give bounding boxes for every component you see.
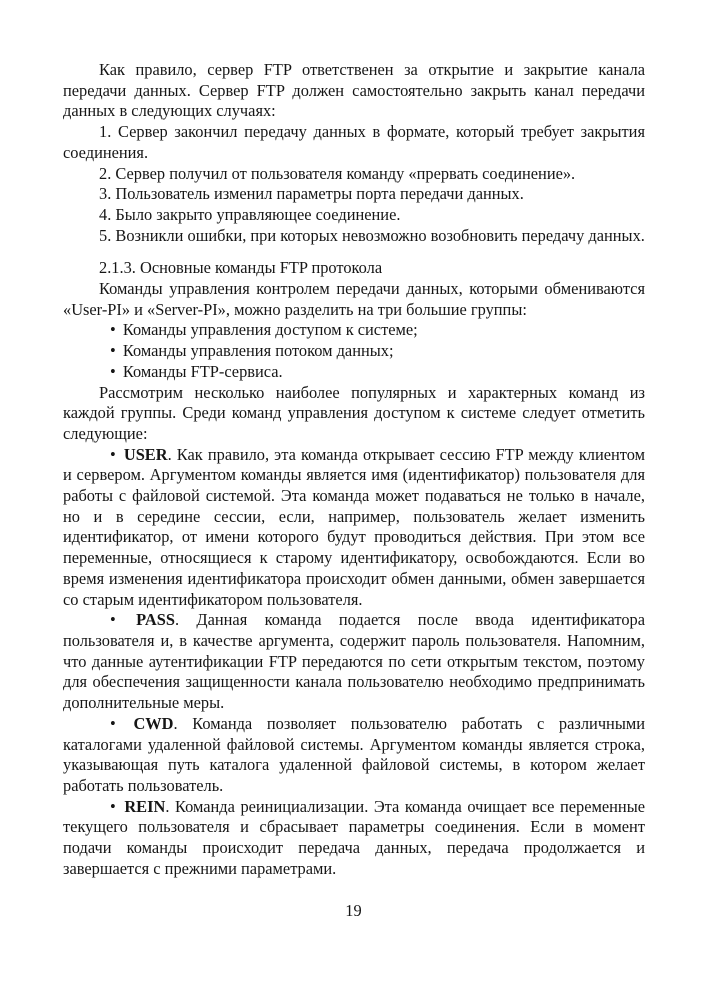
bullet-icon: • [110, 610, 116, 629]
command-description: . Как правило, эта команда открывает сес… [63, 445, 645, 609]
command-item-user: • USER. Как правило, эта команда открыва… [63, 445, 645, 611]
groups-paragraph: Команды управления контролем передачи да… [63, 279, 645, 320]
group-item-text: Команды управления доступом к системе; [123, 320, 418, 339]
group-bullet-item: • Команды управления потоком данных; [63, 341, 645, 362]
command-name: CWD [133, 714, 173, 733]
bullet-icon: • [110, 714, 116, 733]
command-item-rein: • REIN. Команда реинициализации. Эта ком… [63, 797, 645, 880]
bullet-icon: • [110, 341, 116, 360]
overview-paragraph: Рассмотрим несколько наиболее популярных… [63, 383, 645, 445]
document-page: Как правило, сервер FTP ответственен за … [0, 0, 707, 1000]
intro-paragraph: Как правило, сервер FTP ответственен за … [63, 60, 645, 122]
group-bullet-item: • Команды FTP-сервиса. [63, 362, 645, 383]
command-name: USER [124, 445, 168, 464]
numbered-item-5: 5. Возникли ошибки, при которых невозмож… [63, 226, 645, 247]
group-item-text: Команды FTP-сервиса. [123, 362, 283, 381]
numbered-item-1: 1. Сервер закончил передачу данных в фор… [63, 122, 645, 163]
bullet-icon: • [110, 362, 116, 381]
bullet-icon: • [110, 445, 116, 464]
section-heading: 2.1.3. Основные команды FTP протокола [63, 258, 645, 279]
command-item-cwd: • CWD. Команда позволяет пользователю ра… [63, 714, 645, 797]
command-name: REIN [124, 797, 165, 816]
group-bullet-item: • Команды управления доступом к системе; [63, 320, 645, 341]
group-item-text: Команды управления потоком данных; [123, 341, 394, 360]
numbered-item-4: 4. Было закрыто управляющее соединение. [63, 205, 645, 226]
bullet-icon: • [110, 320, 116, 339]
page-number: 19 [0, 901, 707, 922]
command-item-pass: • PASS. Данная команда подается после вв… [63, 610, 645, 714]
command-name: PASS [136, 610, 175, 629]
bullet-icon: • [110, 797, 116, 816]
numbered-item-3: 3. Пользователь изменил параметры порта … [63, 184, 645, 205]
numbered-item-2: 2. Сервер получил от пользователя команд… [63, 164, 645, 185]
